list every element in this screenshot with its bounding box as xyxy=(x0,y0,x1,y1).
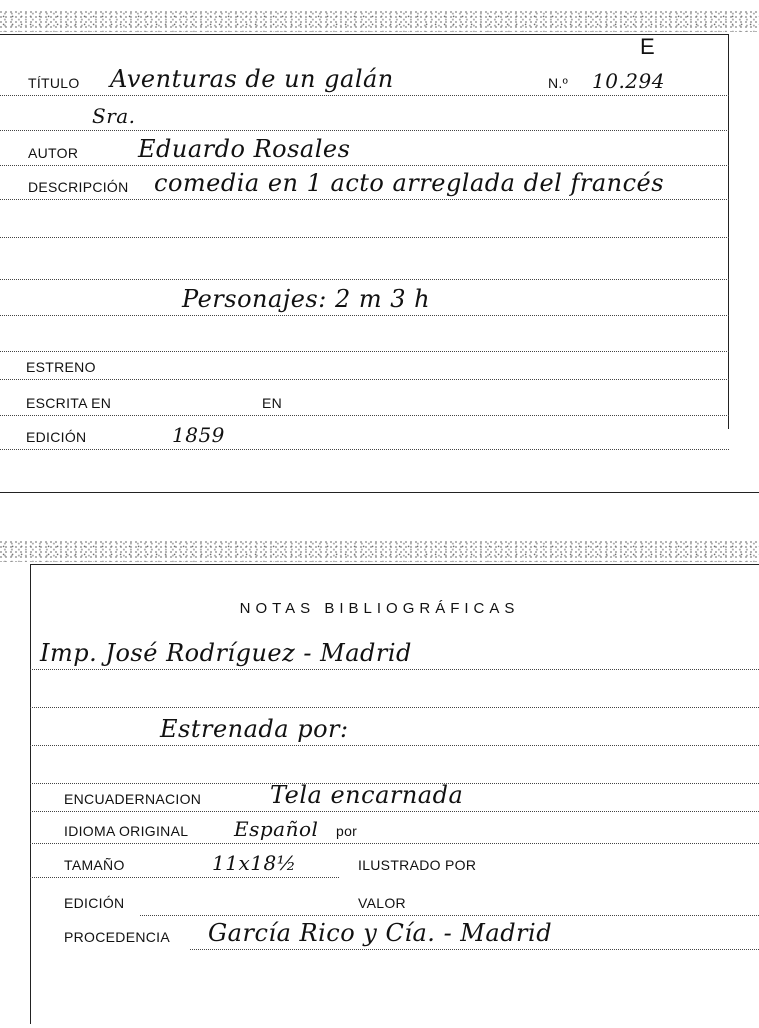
titulo-cont-value: Sra. xyxy=(92,104,136,128)
personajes-row: Personajes: 2 m 3 h xyxy=(0,282,759,316)
descripcion-value: comedia en 1 acto arreglada del francés xyxy=(154,169,664,197)
valor-label: VALOR xyxy=(358,895,406,911)
tamano-row: TAMAÑO 11x18½ ILUSTRADO POR xyxy=(0,844,759,878)
note-row-3: Estrenada por: xyxy=(0,712,759,746)
tamano-label: TAMAÑO xyxy=(64,857,125,873)
idioma-row: IDIOMA ORIGINAL Español por xyxy=(0,810,759,844)
encuadernacion-row: ENCUADERNACION Tela encarnada xyxy=(0,778,759,812)
edicion-label-2: EDICIÓN xyxy=(64,895,124,911)
personajes-value: Personajes: 2 m 3 h xyxy=(182,285,430,313)
procedencia-label: PROCEDENCIA xyxy=(64,929,170,945)
edicion-row-2: EDICIÓN VALOR xyxy=(0,882,759,916)
ilustrado-label: ILUSTRADO POR xyxy=(358,857,476,873)
autor-label: AUTOR xyxy=(28,145,78,161)
descripcion-row: DESCRIPCIÓN comedia en 1 acto arreglada … xyxy=(0,166,759,200)
autor-row: AUTOR Eduardo Rosales xyxy=(0,132,759,166)
note-2: Estrenada por: xyxy=(160,715,349,743)
scan-noise-band xyxy=(0,540,759,562)
notas-title: NOTAS BIBLIOGRÁFICAS xyxy=(0,600,759,617)
edicion-label: EDICIÓN xyxy=(26,429,86,445)
procedencia-value: García Rico y Cía. - Madrid xyxy=(208,919,552,947)
idioma-label: IDIOMA ORIGINAL xyxy=(64,823,188,839)
descripcion-label: DESCRIPCIÓN xyxy=(28,179,129,195)
escrita-en-row: ESCRITA EN EN xyxy=(0,382,759,416)
encuadernacion-label: ENCUADERNACION xyxy=(64,791,201,807)
por-label: por xyxy=(336,823,357,839)
scan-noise-band xyxy=(0,10,759,32)
tamano-value: 11x18½ xyxy=(212,851,297,875)
titulo-row: TÍTULO Aventuras de un galán N.º 10.294 xyxy=(0,62,759,96)
titulo-value: Aventuras de un galán xyxy=(110,65,394,93)
catalog-card-back: NOTAS BIBLIOGRÁFICAS Imp. José Rodríguez… xyxy=(0,540,759,1028)
estreno-label: ESTRENO xyxy=(26,359,96,375)
encuadernacion-value: Tela encarnada xyxy=(270,781,463,809)
idioma-value: Español xyxy=(234,817,318,841)
titulo-cont-row: Sra. xyxy=(0,97,759,131)
note-row-2 xyxy=(0,674,759,708)
edicion-row: EDICIÓN 1859 xyxy=(0,416,759,450)
blank-row-1 xyxy=(0,204,759,238)
number-label: N.º xyxy=(548,75,568,91)
estreno-row: ESTRENO xyxy=(0,346,759,380)
catalog-card-front: E TÍTULO Aventuras de un galán N.º 10.29… xyxy=(0,0,759,495)
procedencia-row: PROCEDENCIA García Rico y Cía. - Madrid xyxy=(0,916,759,950)
note-1: Imp. José Rodríguez - Madrid xyxy=(40,639,412,667)
edicion-value: 1859 xyxy=(172,423,225,447)
note-row-1: Imp. José Rodríguez - Madrid xyxy=(0,636,759,670)
card-top-border xyxy=(0,34,729,35)
en-label: EN xyxy=(262,395,282,411)
card-top-border xyxy=(30,564,759,565)
titulo-label: TÍTULO xyxy=(28,75,80,91)
corner-mark: E xyxy=(640,34,655,60)
autor-value: Eduardo Rosales xyxy=(138,135,350,163)
number-value: 10.294 xyxy=(592,69,665,93)
card-divider xyxy=(0,492,759,493)
escrita-en-label: ESCRITA EN xyxy=(26,395,111,411)
blank-row-2 xyxy=(0,246,759,280)
